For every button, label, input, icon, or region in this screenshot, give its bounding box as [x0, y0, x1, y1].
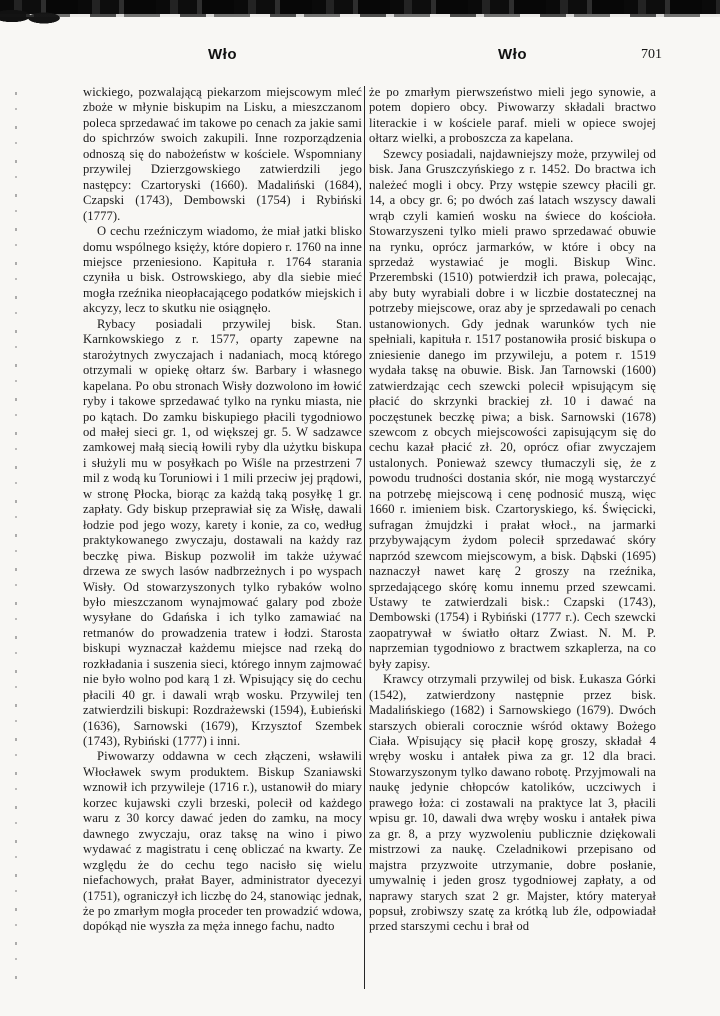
- scanned-book-page: Wło Wło 701 wickiego, pozwalającą piekar…: [0, 0, 720, 1016]
- paragraph: O cechu rzeźniczym wiadomo, że miał jatk…: [83, 224, 362, 317]
- page-number: 701: [641, 47, 662, 63]
- paragraph: Szewcy posiadali, najdawniejszy może, pr…: [369, 147, 656, 672]
- paragraph: Piwowarzy oddawna w cech złączeni, wsław…: [83, 749, 362, 934]
- paragraph: Krawcy otrzymali przywilej od bisk. Łuka…: [369, 672, 656, 935]
- text-column-right: że po zmarłym pierwszeństwo mieli jego s…: [369, 85, 656, 935]
- column-divider-rule: [364, 86, 365, 989]
- paragraph: wickiego, pozwalającą piekarzom miejscow…: [83, 85, 362, 224]
- text-column-left: wickiego, pozwalającą piekarzom miejscow…: [83, 85, 362, 935]
- paragraph: że po zmarłym pierwszeństwo mieli jego s…: [369, 85, 656, 147]
- page-header: Wło Wło 701: [0, 46, 720, 66]
- scan-artifact-top-edge: [0, 0, 720, 14]
- gutter-bleed-dotted-line: [15, 92, 17, 987]
- header-keyword-left: Wło: [83, 46, 362, 63]
- header-keyword-right: Wło: [369, 46, 656, 63]
- paragraph: Rybacy posiadali przywilej bisk. Stan. K…: [83, 317, 362, 750]
- scan-artifact-blob: [0, 2, 62, 28]
